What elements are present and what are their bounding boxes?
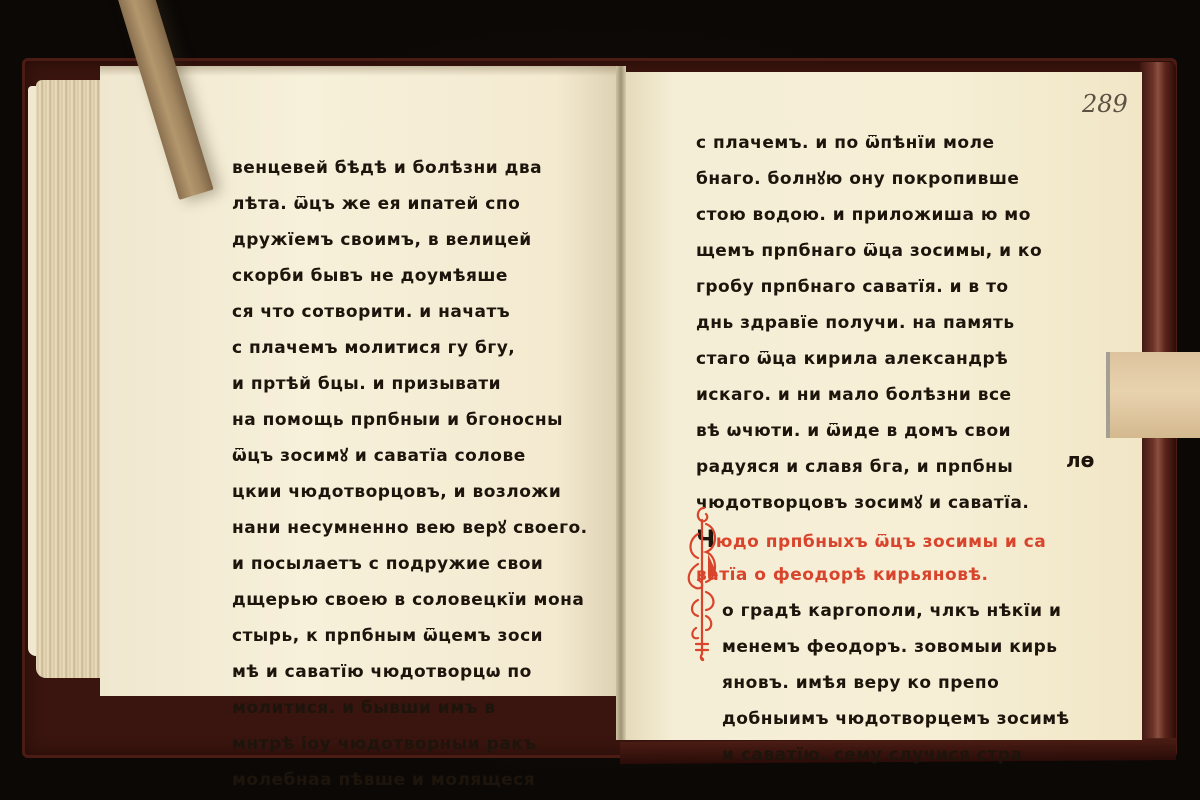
- marginal-note: лѳ: [1066, 448, 1094, 472]
- text-line: о градѣ каргополи, члкъ нѣкїи и: [722, 593, 1096, 629]
- text-line: стою водою. и приложиша ю мо: [696, 197, 1096, 233]
- text-line: венцевей бѣдѣ и болѣзни два: [232, 150, 602, 186]
- text-line: менемъ феодоръ. зовомыи кирь: [722, 629, 1096, 665]
- text-line: вѣ ѡчюти. и ѿиде в домъ свои: [696, 413, 1096, 449]
- wooden-page-marker: [1106, 352, 1200, 438]
- text-line: чюдотворцовъ зосимꙋ и саватїа.: [696, 485, 1096, 521]
- text-line: ѿцъ зосимꙋ и саватїа солове: [232, 438, 602, 474]
- text-line: добныимъ чюдотворцемъ зосимѣ: [722, 701, 1096, 737]
- text-line: и пртѣй бцы. и призывати: [232, 366, 602, 402]
- text-line: радуяся и славя бга, и прпбны: [696, 449, 1096, 485]
- decorated-initial-ornament-icon: [684, 504, 724, 664]
- text-line: цкии чюдотворцовъ, и возложи: [232, 474, 602, 510]
- text-line: щемъ прпбнаго ѿца зосимы, и ко: [696, 233, 1096, 269]
- text-line: и саватїю. сему случися стра: [722, 737, 1096, 773]
- text-line: и посылаетъ с подружие свои: [232, 546, 602, 582]
- text-line: искаго. и ни мало болѣзни все: [696, 377, 1096, 413]
- book-gutter: [616, 66, 626, 740]
- text-line: скорби бывъ не доумѣяше: [232, 258, 602, 294]
- text-line: молитися. и бывши имъ в: [232, 690, 602, 726]
- text-line: гробу прпбнаго саватїя. и в то: [696, 269, 1096, 305]
- page-stack-edges: [36, 80, 108, 678]
- text-line: дщерью своею в соловецкїи мона: [232, 582, 602, 618]
- text-line: с плачемъ молитися гу бгу,: [232, 330, 602, 366]
- text-line: днь здравїе получи. на память: [696, 305, 1096, 341]
- text-line: стырь, к прпбным ѿцемъ зоси: [232, 618, 602, 654]
- text-line: с плачемъ. и по ѿпѣнїи моле: [696, 125, 1096, 161]
- text-line: мнтрѣ іоу чюдотворныи ракъ: [232, 726, 602, 762]
- text-line: яновъ. имѣя веру ко препо: [722, 665, 1096, 701]
- rubric-line: ватїа о феодорѣ кирьяновѣ.: [696, 557, 1096, 593]
- right-page-text: с плачемъ. и по ѿпѣнїи моле бнаго. болнꙋ…: [696, 125, 1096, 773]
- rubric-heading: Чюдо прпбныхъ ѿцъ зосимы и са: [696, 521, 1096, 557]
- text-line: стаго ѿца кирила александрѣ: [696, 341, 1096, 377]
- text-line: дружїемъ своимъ, в велицей: [232, 222, 602, 258]
- text-line: молебнаа пѣвше и молящеся: [232, 762, 602, 798]
- left-page-text: венцевей бѣдѣ и болѣзни два лѣта. ѿцъ же…: [232, 150, 602, 798]
- folio-number: 289: [1082, 90, 1128, 118]
- text-line: бнаго. болнꙋю ону покропивше: [696, 161, 1096, 197]
- text-line: мѣ и саватїю чюдотворцѡ по: [232, 654, 602, 690]
- text-line: на помощь прпбныи и бгоносны: [232, 402, 602, 438]
- text-line: ся что сотворити. и начатъ: [232, 294, 602, 330]
- rubric-line: юдо прпбныхъ ѿцъ зосимы и са: [716, 532, 1046, 552]
- decorated-paragraph: о градѣ каргополи, члкъ нѣкїи и менемъ ф…: [696, 593, 1096, 773]
- text-line: лѣта. ѿцъ же ея ипатей спо: [232, 186, 602, 222]
- text-line: нани несумненно вею верꙋ своего.: [232, 510, 602, 546]
